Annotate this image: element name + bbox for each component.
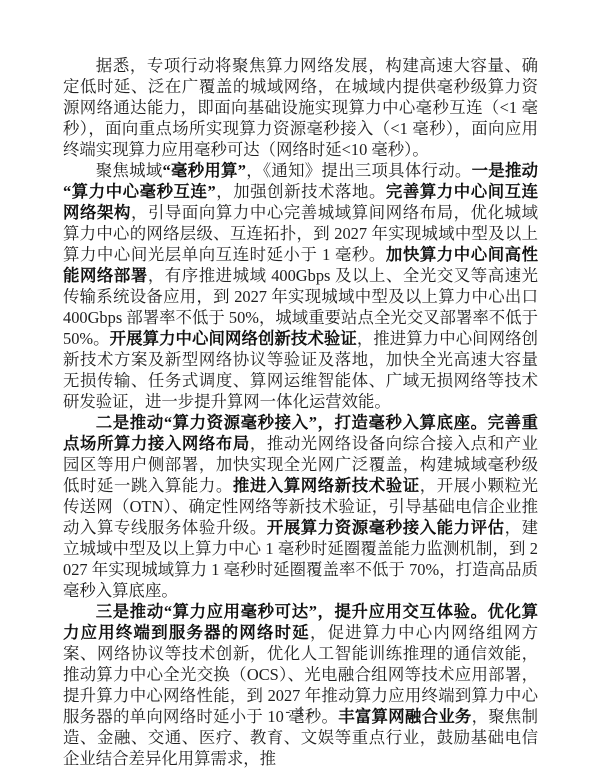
emphasis-text: 开展算力资源毫秒接入能力评估 bbox=[267, 518, 505, 537]
body-text: ，《通知》提出三项具体行动。 bbox=[246, 161, 472, 180]
page-number: - 4 - bbox=[0, 704, 600, 721]
document-page: 据悉，专项行动将聚焦算力网络发展，构建高速大容量、确定低时延、泛在广覆盖的城域网… bbox=[0, 0, 600, 776]
emphasis-text: 推进入算网络新技术验证 bbox=[233, 476, 420, 495]
emphasis-text: 开展算力中心间网络创新技术验证 bbox=[110, 329, 357, 348]
emphasis-text: “毫秒用算” bbox=[163, 161, 246, 180]
body-text: ，加强创新技术落地。 bbox=[216, 182, 386, 201]
document-body: 据悉，专项行动将聚焦算力网络发展，构建高速大容量、确定低时延、泛在广覆盖的城域网… bbox=[63, 55, 538, 769]
paragraph: 据悉，专项行动将聚焦算力网络发展，构建高速大容量、确定低时延、泛在广覆盖的城域网… bbox=[63, 55, 538, 160]
paragraph: 三是推动“算力应用毫秒可达”，提升应用交互体验。优化算力应用终端到服务器的网络时… bbox=[63, 601, 538, 769]
body-text: 聚焦城域 bbox=[96, 161, 163, 180]
paragraph: 二是推动“算力资源毫秒接入”，打造毫秒入算底座。完善重点场所算力接入网络布局，推… bbox=[63, 412, 538, 601]
body-text: 据悉，专项行动将聚焦算力网络发展，构建高速大容量、确定低时延、泛在广覆盖的城域网… bbox=[63, 56, 538, 159]
paragraph: 聚焦城域“毫秒用算”，《通知》提出三项具体行动。一是推动“算力中心毫秒互连”，加… bbox=[63, 160, 538, 412]
